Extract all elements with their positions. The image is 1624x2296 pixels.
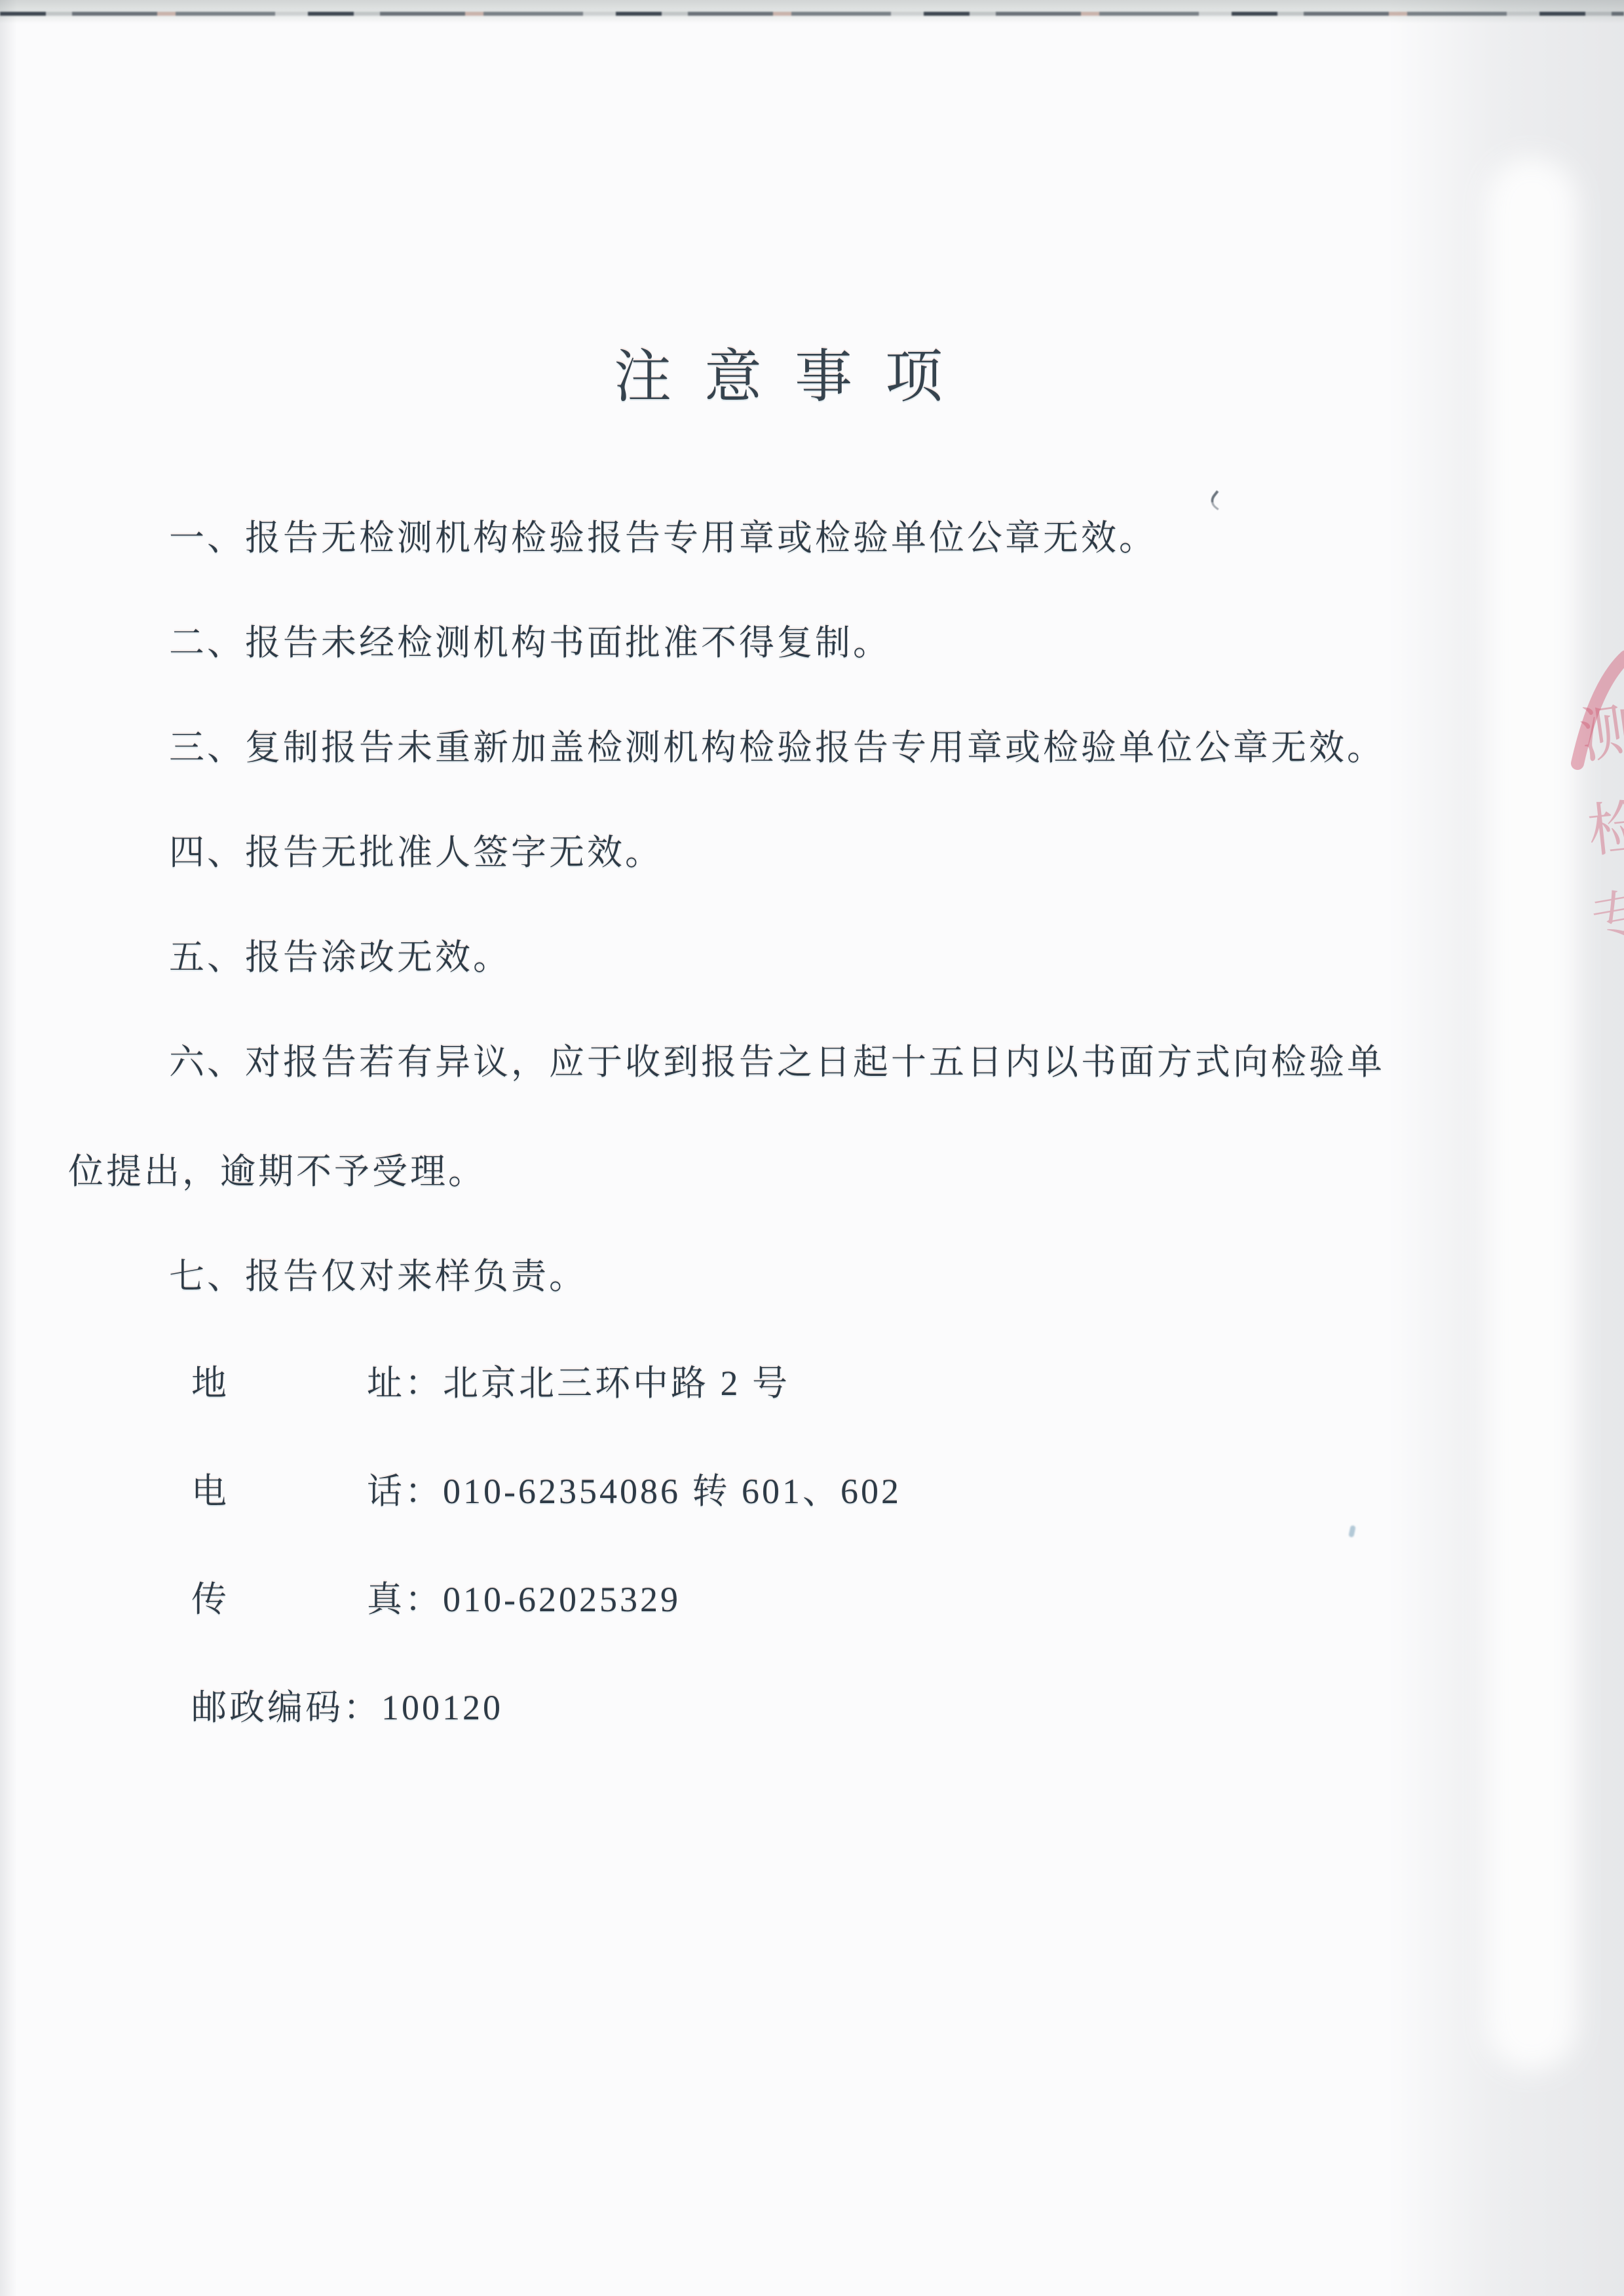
phone-value: 010-62354086 转 601、602 [443,1463,901,1514]
postal-value: 100120 [381,1687,503,1728]
seal-character-fragment: 专 [1587,883,1624,952]
note-item-1: 一、报告无检测机构检验报告专用章或检验单位公章无效。 [169,510,1157,560]
note-item-6-line-1: 六、对报告若有异议，应于收到报告之日起十五日内以书面方式向检验单 [169,1034,1385,1084]
note-item-3: 三、复制报告未重新加盖检测机构检验报告专用章或检验单位公章无效。 [169,719,1385,770]
phone-label-right: 话： [367,1463,443,1514]
address-row: 地 址： 北京北三环中路 2 号 [191,1355,790,1406]
ink-speck [1348,1525,1356,1537]
note-item-4: 四、报告无批准人签字无效。 [169,824,663,875]
scan-right-white-streak [1486,157,1577,2071]
scanned-document-page: 测 检 专 注 意 事 项 一、报告无检测机构检验报告专用章或检验单位公章无效。… [0,0,1624,2296]
phone-row: 电 话： 010-62354086 转 601、602 [191,1463,901,1514]
note-item-7: 七、报告仅对来样负责。 [169,1248,587,1299]
phone-label-left: 电 [191,1463,229,1514]
seal-character-fragment: 测 [1576,696,1624,771]
fax-label-left: 传 [191,1571,229,1622]
address-label-right: 址： [367,1355,443,1406]
address-value: 北京北三环中路 2 号 [443,1355,790,1406]
fax-label-right: 真： [367,1571,443,1622]
note-item-5: 五、报告涂改无效。 [169,929,511,980]
scan-top-edge-line [0,12,1624,16]
postal-label: 邮政编码： [191,1679,381,1730]
ink-smudge [1207,490,1227,510]
fax-row: 传 真： 010-62025329 [191,1571,681,1622]
seal-character-fragment: 检 [1585,795,1624,865]
postal-code-row: 邮政编码： 100120 [191,1679,503,1730]
page-title: 注 意 事 项 [0,331,1566,413]
fax-value: 010-62025329 [443,1579,681,1620]
address-label-left: 地 [191,1355,229,1406]
red-seal-partial: 测 检 专 [1526,622,1624,963]
note-item-2: 二、报告未经检测机构书面批准不得复制。 [169,615,891,665]
note-item-6-line-2: 位提出，逾期不予受理。 [68,1143,486,1194]
